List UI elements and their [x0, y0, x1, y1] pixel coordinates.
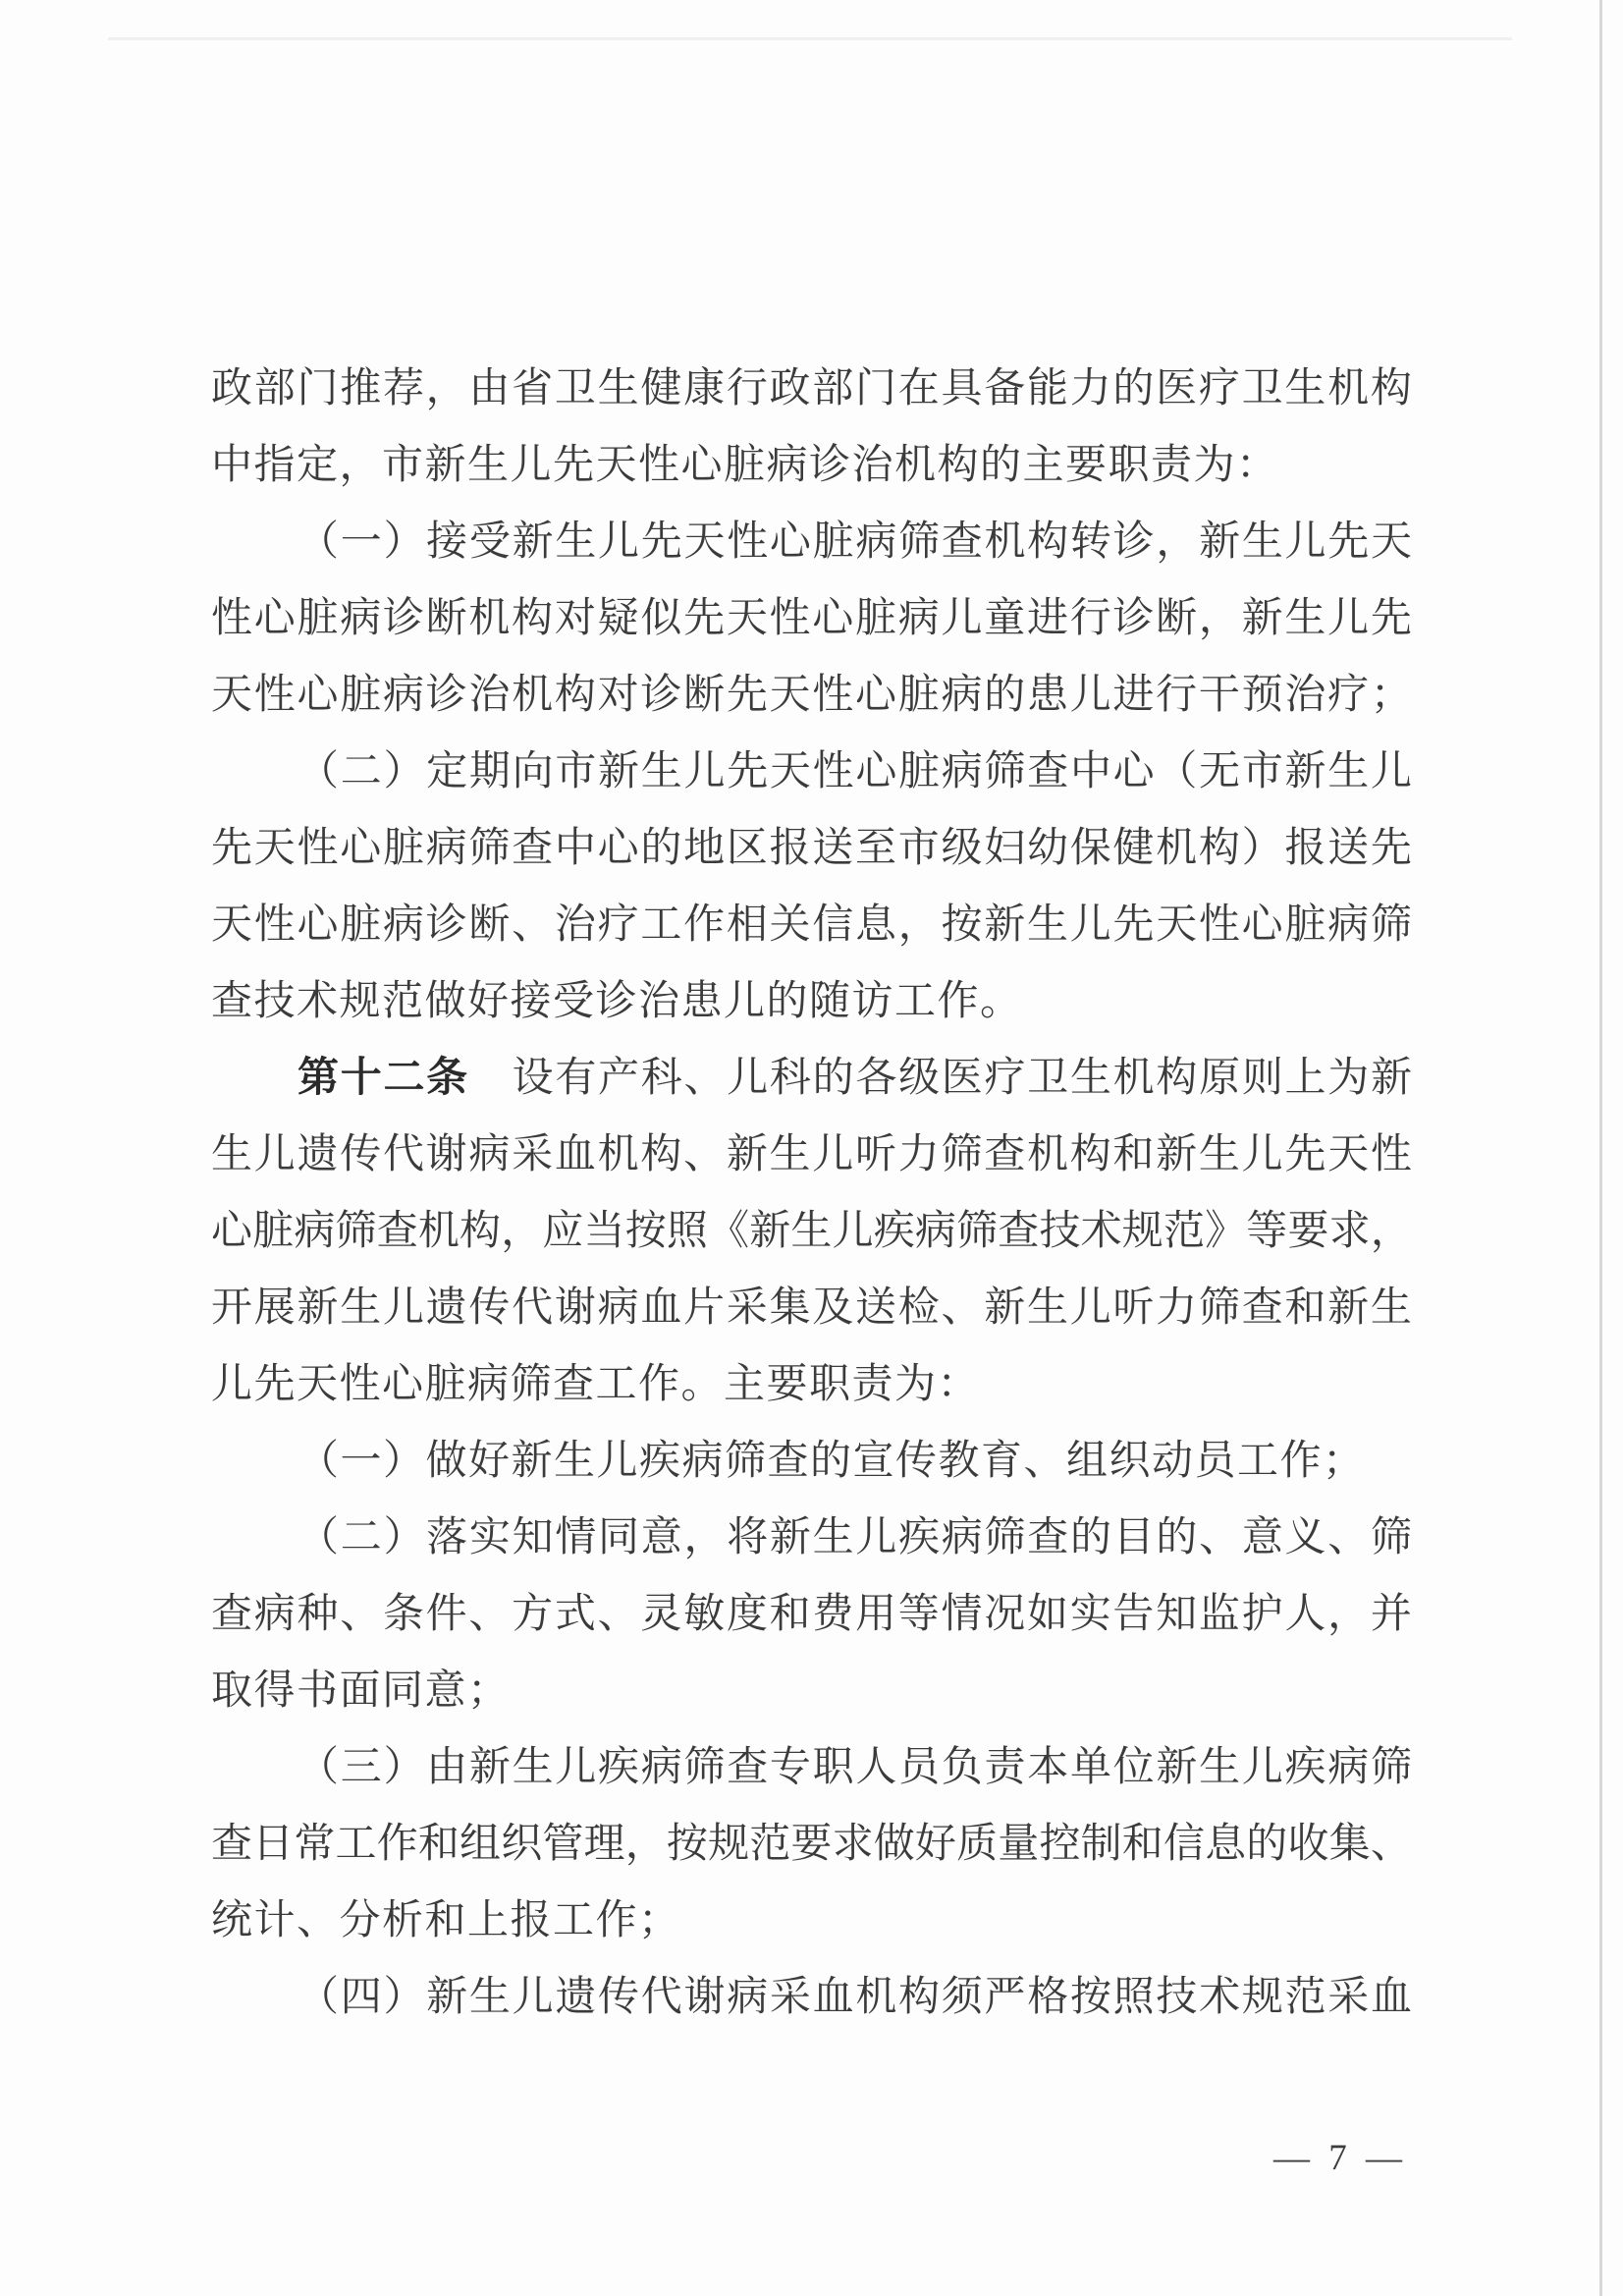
text-line: （一）做好新生儿疾病筛查的宣传教育、组织动员工作；	[211, 1423, 1412, 1500]
text-line: （一）接受新生儿先天性心脏病筛查机构转诊，新生儿先天	[211, 504, 1412, 580]
text-line: 生儿遗传代谢病采血机构、新生儿听力筛查机构和新生儿先天性	[211, 1117, 1412, 1193]
text-line: （二）定期向市新生儿先天性心脏病筛查中心（无市新生儿	[211, 734, 1412, 810]
text-line: （二）落实知情同意，将新生儿疾病筛查的目的、意义、筛	[211, 1500, 1412, 1576]
text-line: 先天性心脏病筛查中心的地区报送至市级妇幼保健机构）报送先	[211, 810, 1412, 887]
text-line: 天性心脏病诊断、治疗工作相关信息，按新生儿先天性心脏病筛	[211, 887, 1412, 963]
text-line: 查技术规范做好接受诊治患儿的随访工作。	[211, 963, 1412, 1040]
text-line: 政部门推荐，由省卫生健康行政部门在具备能力的医疗卫生机构	[211, 351, 1412, 427]
text-line: 天性心脏病诊治机构对诊断先天性心脏病的患儿进行干预治疗；	[211, 657, 1412, 734]
text-line: 查病种、条件、方式、灵敏度和费用等情况如实告知监护人，并	[211, 1576, 1412, 1653]
text-line: 中指定，市新生儿先天性心脏病诊治机构的主要职责为：	[211, 427, 1412, 504]
text-line: 统计、分析和上报工作；	[211, 1883, 1412, 1959]
text-line: 查日常工作和组织管理，按规范要求做好质量控制和信息的收集、	[211, 1806, 1412, 1883]
text-line: 第十二条 设有产科、儿科的各级医疗卫生机构原则上为新	[211, 1040, 1412, 1117]
document-body: 政部门推荐，由省卫生健康行政部门在具备能力的医疗卫生机构中指定，市新生儿先天性心…	[211, 351, 1412, 2036]
document-page: 政部门推荐，由省卫生健康行政部门在具备能力的医疗卫生机构中指定，市新生儿先天性心…	[0, 0, 1623, 2296]
text-line: 儿先天性心脏病筛查工作。主要职责为：	[211, 1346, 1412, 1423]
text-line: （四）新生儿遗传代谢病采血机构须严格按照技术规范采血	[211, 1959, 1412, 2036]
text-line: （三）由新生儿疾病筛查专职人员负责本单位新生儿疾病筛	[211, 1729, 1412, 1806]
scan-smudge-artifact	[108, 37, 1512, 40]
text-line: 取得书面同意；	[211, 1653, 1412, 1729]
page-number: — 7 —	[1267, 2129, 1414, 2188]
text-line: 心脏病筛查机构，应当按照《新生儿疾病筛查技术规范》等要求，	[211, 1193, 1412, 1270]
text-line: 开展新生儿遗传代谢病血片采集及送检、新生儿听力筛查和新生	[211, 1270, 1412, 1346]
text-line: 性心脏病诊断机构对疑似先天性心脏病儿童进行诊断，新生儿先	[211, 580, 1412, 657]
scan-edge-artifact	[1599, 0, 1602, 2296]
